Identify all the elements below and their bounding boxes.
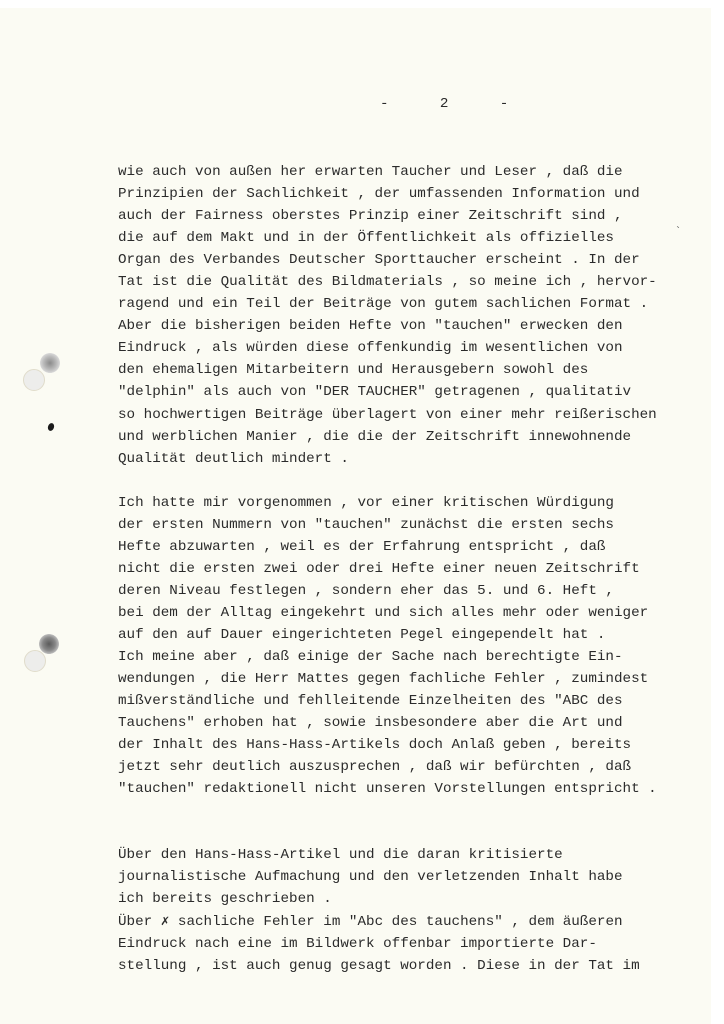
text-line: wendungen , die Herr Mattes gegen fachli… [118, 668, 698, 690]
text-line: Tauchens" erhoben hat , sowie insbesonde… [118, 712, 698, 734]
paragraph-3: Über den Hans-Hass-Artikel und die daran… [118, 844, 698, 976]
text-line: "delphin" als auch von "DER TAUCHER" get… [118, 381, 698, 403]
text-line: Eindruck , als würden diese offenkundig … [118, 337, 698, 359]
text-line: Qualität deutlich mindert . [118, 448, 698, 470]
text-line: so hochwertigen Beiträge überlagert von … [118, 404, 698, 426]
text-line: Eindruck nach eine im Bildwerk offenbar … [118, 933, 698, 955]
paragraph-1: wie auch von außen her erwarten Taucher … [118, 161, 698, 470]
paragraph-2: Ich hatte mir vorgenommen , vor einer kr… [118, 492, 698, 801]
punch-hole [23, 369, 45, 391]
text-line: Hefte abzuwarten , weil es der Erfahrung… [118, 536, 698, 558]
text-line: stellung , ist auch genug gesagt worden … [118, 955, 698, 977]
page-number-header: - 2 - [380, 96, 520, 112]
text-line: ich bereits geschrieben . [118, 888, 698, 910]
text-line: Über den Hans-Hass-Artikel und die daran… [118, 844, 698, 866]
punch-hole [24, 650, 46, 672]
text-line: nicht die ersten zwei oder drei Hefte ei… [118, 558, 698, 580]
text-line: Prinzipien der Sachlichkeit , der umfass… [118, 183, 698, 205]
text-line: Ich meine aber , daß einige der Sache na… [118, 646, 698, 668]
stray-mark: ˋ [676, 226, 681, 237]
text-line: jetzt sehr deutlich auszusprechen , daß … [118, 756, 698, 778]
text-line: Ich hatte mir vorgenommen , vor einer kr… [118, 492, 698, 514]
text-line: deren Niveau festlegen , sondern eher da… [118, 580, 698, 602]
text-line: und werblichen Manier , die die der Zeit… [118, 426, 698, 448]
text-line: bei dem der Alltag eingekehrt und sich a… [118, 602, 698, 624]
text-line: Über ✗ sachliche Fehler im "Abc des tauc… [118, 911, 698, 933]
text-line: mißverständliche und fehlleitende Einzel… [118, 690, 698, 712]
text-line: Organ des Verbandes Deutscher Sporttauch… [118, 249, 698, 271]
text-line: der ersten Nummern von "tauchen" zunächs… [118, 514, 698, 536]
text-line: ragend und ein Teil der Beiträge von gut… [118, 293, 698, 315]
text-line: wie auch von außen her erwarten Taucher … [118, 161, 698, 183]
text-line: die auf dem Makt und in der Öffentlichke… [118, 227, 698, 249]
punch-hole-speck [40, 353, 60, 373]
letter-body: wie auch von außen her erwarten Taucher … [118, 161, 698, 977]
text-line: Aber die bisherigen beiden Hefte von "ta… [118, 315, 698, 337]
text-line: journalistische Aufmachung und den verle… [118, 866, 698, 888]
text-line: Tat ist die Qualität des Bildmaterials ,… [118, 271, 698, 293]
text-line: den ehemaligen Mitarbeitern und Herausge… [118, 359, 698, 381]
text-line: auf den auf Dauer eingerichteten Pegel e… [118, 624, 698, 646]
punch-hole-speck [39, 634, 59, 654]
text-line: "tauchen" redaktionell nicht unseren Vor… [118, 778, 698, 800]
text-line: der Inhalt des Hans-Hass-Artikels doch A… [118, 734, 698, 756]
text-line: auch der Fairness oberstes Prinzip einer… [118, 205, 698, 227]
